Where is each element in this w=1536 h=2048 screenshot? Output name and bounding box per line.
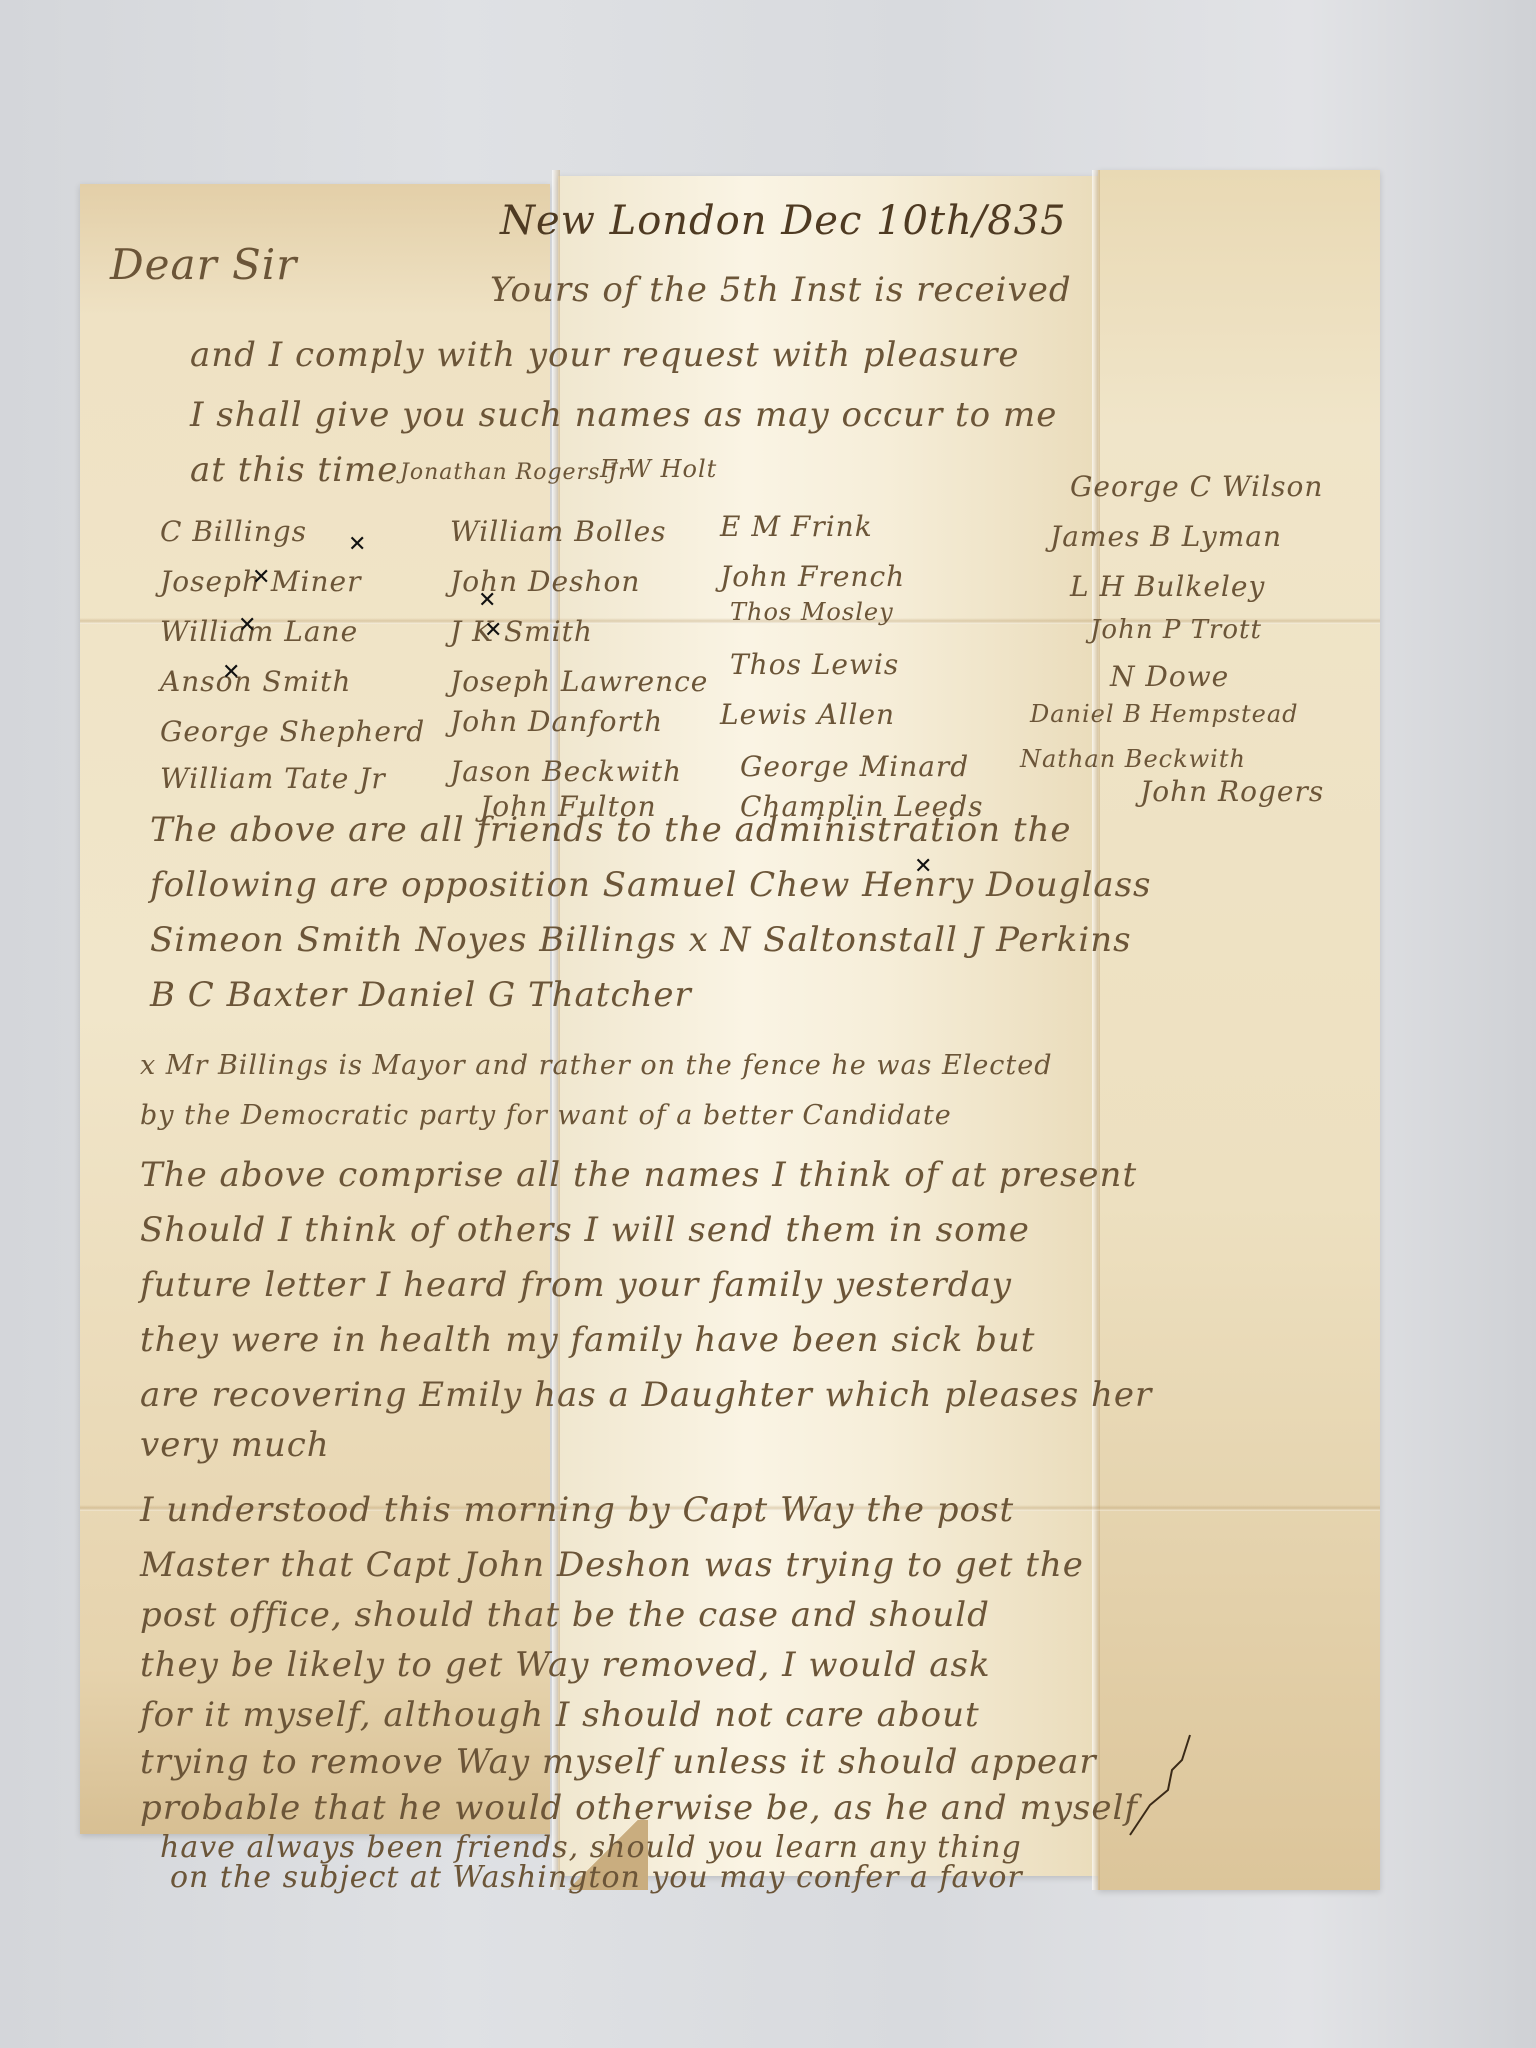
friend-name: N Dowe — [1110, 660, 1229, 693]
x-mark-icon: ✕ — [484, 618, 502, 643]
opening-line-2: and I comply with your request with plea… — [190, 335, 1020, 375]
friend-name: Joseph Lawrence — [450, 665, 708, 698]
friend-name: William Bolles — [450, 515, 667, 548]
dateline: New London Dec 10th/835 — [500, 198, 1067, 244]
body-line-4: B C Baxter Daniel G Thatcher — [150, 975, 692, 1015]
closing-line: I understood this morning by Capt Way th… — [140, 1490, 1014, 1530]
footnote-line: Should I think of others I will send the… — [140, 1210, 1030, 1250]
closing-line: probable that he would otherwise be, as … — [140, 1788, 1138, 1828]
opening-line-4: at this time — [190, 450, 398, 490]
friend-name: Thos Lewis — [730, 648, 899, 681]
opening-line-1: Yours of the 5th Inst is received — [490, 270, 1072, 310]
letter-sheet: New London Dec 10th/835 Dear Sir Yours o… — [80, 170, 1380, 1890]
x-mark-icon: ✕ — [478, 588, 496, 613]
friend-name: F W Holt — [600, 455, 717, 483]
closing-line: on the subject at Washington you may con… — [170, 1860, 1023, 1895]
body-line-2: following are opposition Samuel Chew Hen… — [150, 865, 1152, 905]
friend-name: George Minard — [740, 750, 969, 783]
footnote-line: x Mr Billings is Mayor and rather on the… — [140, 1050, 1053, 1081]
friend-name: Daniel B Hempstead — [1030, 700, 1299, 728]
closing-line: Master that Capt John Deshon was trying … — [140, 1545, 1084, 1585]
friend-name: George Shepherd — [160, 715, 425, 748]
friend-name: Nathan Beckwith — [1020, 745, 1246, 773]
x-mark-icon: ✕ — [238, 613, 256, 638]
friend-name: Thos Mosley — [730, 598, 894, 626]
closing-line: for it myself, although I should not car… — [140, 1695, 980, 1735]
footnote-line: by the Democratic party for want of a be… — [140, 1100, 952, 1131]
x-mark-icon: ✕ — [348, 532, 366, 557]
salutation: Dear Sir — [110, 240, 297, 289]
body-line-1: The above are all friends to the adminis… — [150, 810, 1072, 850]
friend-name: Anson Smith — [160, 665, 351, 698]
opening-line-3: I shall give you such names as may occur… — [190, 395, 1057, 435]
friend-name: John Rogers — [1140, 775, 1324, 808]
friend-name: C Billings — [160, 515, 307, 548]
closing-line: they be likely to get Way removed, I wou… — [140, 1645, 991, 1685]
closing-line: post office, should that be the case and… — [140, 1595, 990, 1635]
friend-name: John French — [720, 560, 905, 593]
friend-name: James B Lyman — [1050, 520, 1282, 553]
friend-name: William Tate Jr — [160, 762, 386, 795]
x-mark-icon: ✕ — [252, 565, 270, 590]
friend-name: William Lane — [160, 615, 358, 648]
paper-crack-icon — [1120, 1730, 1240, 1840]
friend-name: E M Frink — [720, 510, 873, 543]
friend-name: John Danforth — [450, 705, 663, 738]
x-mark-icon: ✕ — [222, 660, 240, 685]
friend-name: John P Trott — [1090, 615, 1262, 645]
friend-name: George C Wilson — [1070, 470, 1323, 503]
footnote-line: they were in health my family have been … — [140, 1320, 1035, 1360]
footnote-line: The above comprise all the names I think… — [140, 1155, 1137, 1195]
footnote-line: very much — [140, 1425, 330, 1465]
friend-name: Jonathan Rogers Jr — [400, 460, 630, 485]
footnote-line: future letter I heard from your family y… — [140, 1265, 1012, 1305]
friend-name: J K Smith — [450, 615, 593, 648]
closing-line: trying to remove Way myself unless it sh… — [140, 1742, 1097, 1782]
right-fold-panel — [1098, 170, 1380, 1890]
friend-name: Lewis Allen — [720, 698, 895, 731]
friend-name: L H Bulkeley — [1070, 570, 1265, 603]
body-line-3: Simeon Smith Noyes Billings x N Saltonst… — [150, 920, 1132, 960]
vertical-fold-right — [1092, 170, 1100, 1890]
footnote-line: are recovering Emily has a Daughter whic… — [140, 1375, 1152, 1415]
friend-name: Jason Beckwith — [450, 755, 682, 788]
